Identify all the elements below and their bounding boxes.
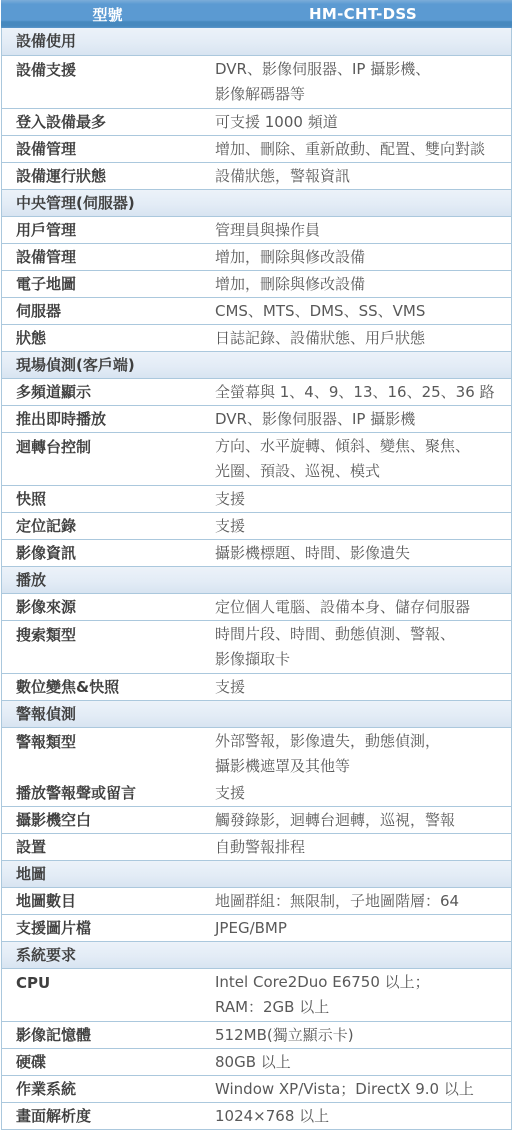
spec-value: 定位個人電腦、設備本身、儲存伺服器	[215, 594, 511, 620]
section-header: 現場偵測(客戶端)	[2, 351, 511, 378]
spec-label: CPU	[2, 970, 215, 1020]
spec-value: 方向、水平旋轉、傾斜、變焦、聚焦、光圈、預設、巡視、模式	[215, 434, 511, 484]
spec-value: 80GB 以上	[215, 1049, 511, 1075]
spec-label: 用戶管理	[2, 217, 215, 243]
spec-value-line: DVR、影像伺服器、IP 攝影機、	[215, 57, 505, 82]
spec-value: 攝影機標題、時間、影像遺失	[215, 540, 511, 566]
spec-label: 數位變焦&快照	[2, 674, 215, 700]
spec-value-line: 時間片段、時間、動態偵測、警報、	[215, 622, 505, 647]
spec-row: 搜索類型時間片段、時間、動態偵測、警報、影像擷取卡	[2, 620, 511, 673]
spec-label: 登入設備最多	[2, 109, 215, 135]
spec-label: 警報類型	[2, 729, 215, 779]
spec-row: 用戶管理管理員與操作員	[2, 216, 511, 243]
spec-row: 登入設備最多可支援 1000 頻道	[2, 108, 511, 135]
spec-label: 設備管理	[2, 244, 215, 270]
spec-value: 可支援 1000 頻道	[215, 109, 511, 135]
spec-row: 狀態日誌記錄、設備狀態、用戶狀態	[2, 324, 511, 351]
spec-value-line: 增加、刪除、重新啟動、配置、雙向對談	[215, 136, 505, 162]
spec-label: 作業系統	[2, 1076, 215, 1102]
spec-value-line: 增加，刪除與修改設備	[215, 244, 505, 270]
spec-value-line: 地圖群組：無限制，子地圖階層：64	[215, 888, 505, 914]
spec-label: 電子地圖	[2, 271, 215, 297]
spec-row: 推出即時播放DVR、影像伺服器、IP 攝影機	[2, 405, 511, 432]
spec-row: 迴轉台控制方向、水平旋轉、傾斜、變焦、聚焦、光圈、預設、巡視、模式	[2, 432, 511, 485]
spec-value: 512MB(獨立顯示卡)	[215, 1022, 511, 1048]
spec-value-line: 支援	[215, 486, 505, 512]
spec-label: 影像來源	[2, 594, 215, 620]
spec-table-body: 設備使用設備支援DVR、影像伺服器、IP 攝影機、影像解碼器等登入設備最多可支援…	[2, 28, 511, 1129]
spec-label: 設備支援	[2, 57, 215, 107]
spec-label: 設備運行狀態	[2, 163, 215, 189]
spec-value-line: JPEG/BMP	[215, 915, 505, 941]
spec-value-line: RAM：2GB 以上	[215, 995, 505, 1020]
spec-label: 迴轉台控制	[2, 434, 215, 484]
spec-row: 設備管理增加，刪除與修改設備	[2, 243, 511, 270]
spec-value-line: 影像解碼器等	[215, 82, 505, 107]
spec-value: 觸發錄影，迴轉台迴轉，巡視，警報	[215, 807, 511, 833]
spec-label: 搜索類型	[2, 622, 215, 672]
spec-value-line: 自動警報排程	[215, 834, 505, 860]
spec-value-line: 設備狀態，警報資訊	[215, 163, 505, 189]
spec-row: 定位記錄支援	[2, 512, 511, 539]
section-header: 系統要求	[2, 941, 511, 968]
spec-row: 數位變焦&快照支援	[2, 673, 511, 700]
spec-value-line: 方向、水平旋轉、傾斜、變焦、聚焦、	[215, 434, 505, 459]
spec-value-line: 光圈、預設、巡視、模式	[215, 459, 505, 484]
spec-label: 設置	[2, 834, 215, 860]
spec-value-line: 攝影機標題、時間、影像遺失	[215, 540, 505, 566]
spec-value-line: 觸發錄影，迴轉台迴轉，巡視，警報	[215, 807, 505, 833]
spec-value: DVR、影像伺服器、IP 攝影機	[215, 406, 511, 432]
spec-value-line: 支援	[215, 513, 505, 539]
spec-value: 支援	[215, 674, 511, 700]
spec-label: 伺服器	[2, 298, 215, 324]
spec-row: 作業系統Window XP/Vista；DirectX 9.0 以上	[2, 1075, 511, 1102]
spec-row: 影像來源定位個人電腦、設備本身、儲存伺服器	[2, 593, 511, 620]
spec-row: 影像資訊攝影機標題、時間、影像遺失	[2, 539, 511, 566]
spec-label: 狀態	[2, 325, 215, 351]
section-header: 地圖	[2, 860, 511, 887]
spec-row: 影像記憶體512MB(獨立顯示卡)	[2, 1021, 511, 1048]
section-header: 警報偵測	[2, 700, 511, 727]
spec-label: 影像記憶體	[2, 1022, 215, 1048]
spec-value-line: 80GB 以上	[215, 1049, 505, 1075]
spec-value-line: 1024×768 以上	[215, 1103, 505, 1129]
spec-value-line: 支援	[215, 780, 505, 806]
section-header: 設備使用	[2, 28, 511, 55]
spec-label: 推出即時播放	[2, 406, 215, 432]
spec-value: 支援	[215, 780, 511, 806]
spec-value-line: 支援	[215, 674, 505, 700]
spec-value: Intel Core2Duo E6750 以上；RAM：2GB 以上	[215, 970, 511, 1020]
spec-value: 支援	[215, 486, 511, 512]
spec-row: 攝影機空白觸發錄影，迴轉台迴轉，巡視，警報	[2, 806, 511, 833]
spec-value-line: 外部警報，影像遺失，動態偵測，	[215, 729, 505, 754]
spec-label: 地圖數目	[2, 888, 215, 914]
spec-label: 支援圖片檔	[2, 915, 215, 941]
spec-label: 影像資訊	[2, 540, 215, 566]
spec-label: 多頻道顯示	[2, 379, 215, 405]
table-header: 型號 HM-CHT-DSS	[1, 0, 512, 28]
spec-row: 設備運行狀態設備狀態，警報資訊	[2, 162, 511, 189]
spec-value: 管理員與操作員	[215, 217, 511, 243]
spec-value-line: CMS、MTS、DMS、SS、VMS	[215, 298, 505, 324]
spec-row: 支援圖片檔JPEG/BMP	[2, 914, 511, 941]
spec-row: 播放警報聲或留言支援	[2, 780, 511, 806]
spec-value-line: 增加，刪除與修改設備	[215, 271, 505, 297]
spec-value-line: 日誌記錄、設備狀態、用戶狀態	[215, 325, 505, 351]
spec-value: 時間片段、時間、動態偵測、警報、影像擷取卡	[215, 622, 511, 672]
spec-row: 設置自動警報排程	[2, 833, 511, 860]
spec-value: CMS、MTS、DMS、SS、VMS	[215, 298, 511, 324]
spec-label: 播放警報聲或留言	[2, 780, 215, 806]
spec-value-line: 攝影機遮罩及其他等	[215, 754, 505, 779]
spec-value: 增加、刪除、重新啟動、配置、雙向對談	[215, 136, 511, 162]
header-model-value: HM-CHT-DSS	[214, 5, 512, 23]
spec-value: 全螢幕與 1、4、9、13、16、25、36 路	[215, 379, 511, 405]
spec-value: 地圖群組：無限制，子地圖階層：64	[215, 888, 511, 914]
spec-row: 地圖數目地圖群組：無限制，子地圖階層：64	[2, 887, 511, 914]
spec-label: 攝影機空白	[2, 807, 215, 833]
spec-value-line: 定位個人電腦、設備本身、儲存伺服器	[215, 594, 505, 620]
spec-value: 增加，刪除與修改設備	[215, 244, 511, 270]
spec-row: 多頻道顯示全螢幕與 1、4、9、13、16、25、36 路	[2, 378, 511, 405]
spec-label: 快照	[2, 486, 215, 512]
spec-value: 支援	[215, 513, 511, 539]
spec-label: 硬碟	[2, 1049, 215, 1075]
spec-value-line: DVR、影像伺服器、IP 攝影機	[215, 406, 505, 432]
spec-row: 硬碟80GB 以上	[2, 1048, 511, 1075]
spec-value-line: Intel Core2Duo E6750 以上；	[215, 970, 505, 995]
spec-table: 型號 HM-CHT-DSS 設備使用設備支援DVR、影像伺服器、IP 攝影機、影…	[1, 0, 512, 1130]
spec-row: 警報類型外部警報，影像遺失，動態偵測，攝影機遮罩及其他等	[2, 727, 511, 780]
spec-value: JPEG/BMP	[215, 915, 511, 941]
spec-value-line: 512MB(獨立顯示卡)	[215, 1022, 505, 1048]
spec-value: Window XP/Vista；DirectX 9.0 以上	[215, 1076, 511, 1102]
spec-row: 伺服器CMS、MTS、DMS、SS、VMS	[2, 297, 511, 324]
spec-value-line: Window XP/Vista；DirectX 9.0 以上	[215, 1076, 505, 1102]
spec-value: 增加，刪除與修改設備	[215, 271, 511, 297]
spec-row: 快照支援	[2, 485, 511, 512]
spec-value: 1024×768 以上	[215, 1103, 511, 1129]
spec-value-line: 可支援 1000 頻道	[215, 109, 505, 135]
spec-value: 自動警報排程	[215, 834, 511, 860]
spec-label: 設備管理	[2, 136, 215, 162]
spec-value: 日誌記錄、設備狀態、用戶狀態	[215, 325, 511, 351]
spec-value-line: 管理員與操作員	[215, 217, 505, 243]
spec-row: 設備支援DVR、影像伺服器、IP 攝影機、影像解碼器等	[2, 55, 511, 108]
header-model-label: 型號	[1, 4, 214, 25]
section-header: 中央管理(伺服器)	[2, 189, 511, 216]
spec-value-line: 全螢幕與 1、4、9、13、16、25、36 路	[215, 379, 505, 405]
section-header: 播放	[2, 566, 511, 593]
spec-row: 電子地圖增加，刪除與修改設備	[2, 270, 511, 297]
spec-value: DVR、影像伺服器、IP 攝影機、影像解碼器等	[215, 57, 511, 107]
spec-value-line: 影像擷取卡	[215, 647, 505, 672]
spec-row: 設備管理增加、刪除、重新啟動、配置、雙向對談	[2, 135, 511, 162]
spec-row: CPUIntel Core2Duo E6750 以上；RAM：2GB 以上	[2, 968, 511, 1021]
spec-value: 外部警報，影像遺失，動態偵測，攝影機遮罩及其他等	[215, 729, 511, 779]
spec-label: 定位記錄	[2, 513, 215, 539]
spec-label: 畫面解析度	[2, 1103, 215, 1129]
spec-row: 畫面解析度1024×768 以上	[2, 1102, 511, 1129]
spec-value: 設備狀態，警報資訊	[215, 163, 511, 189]
